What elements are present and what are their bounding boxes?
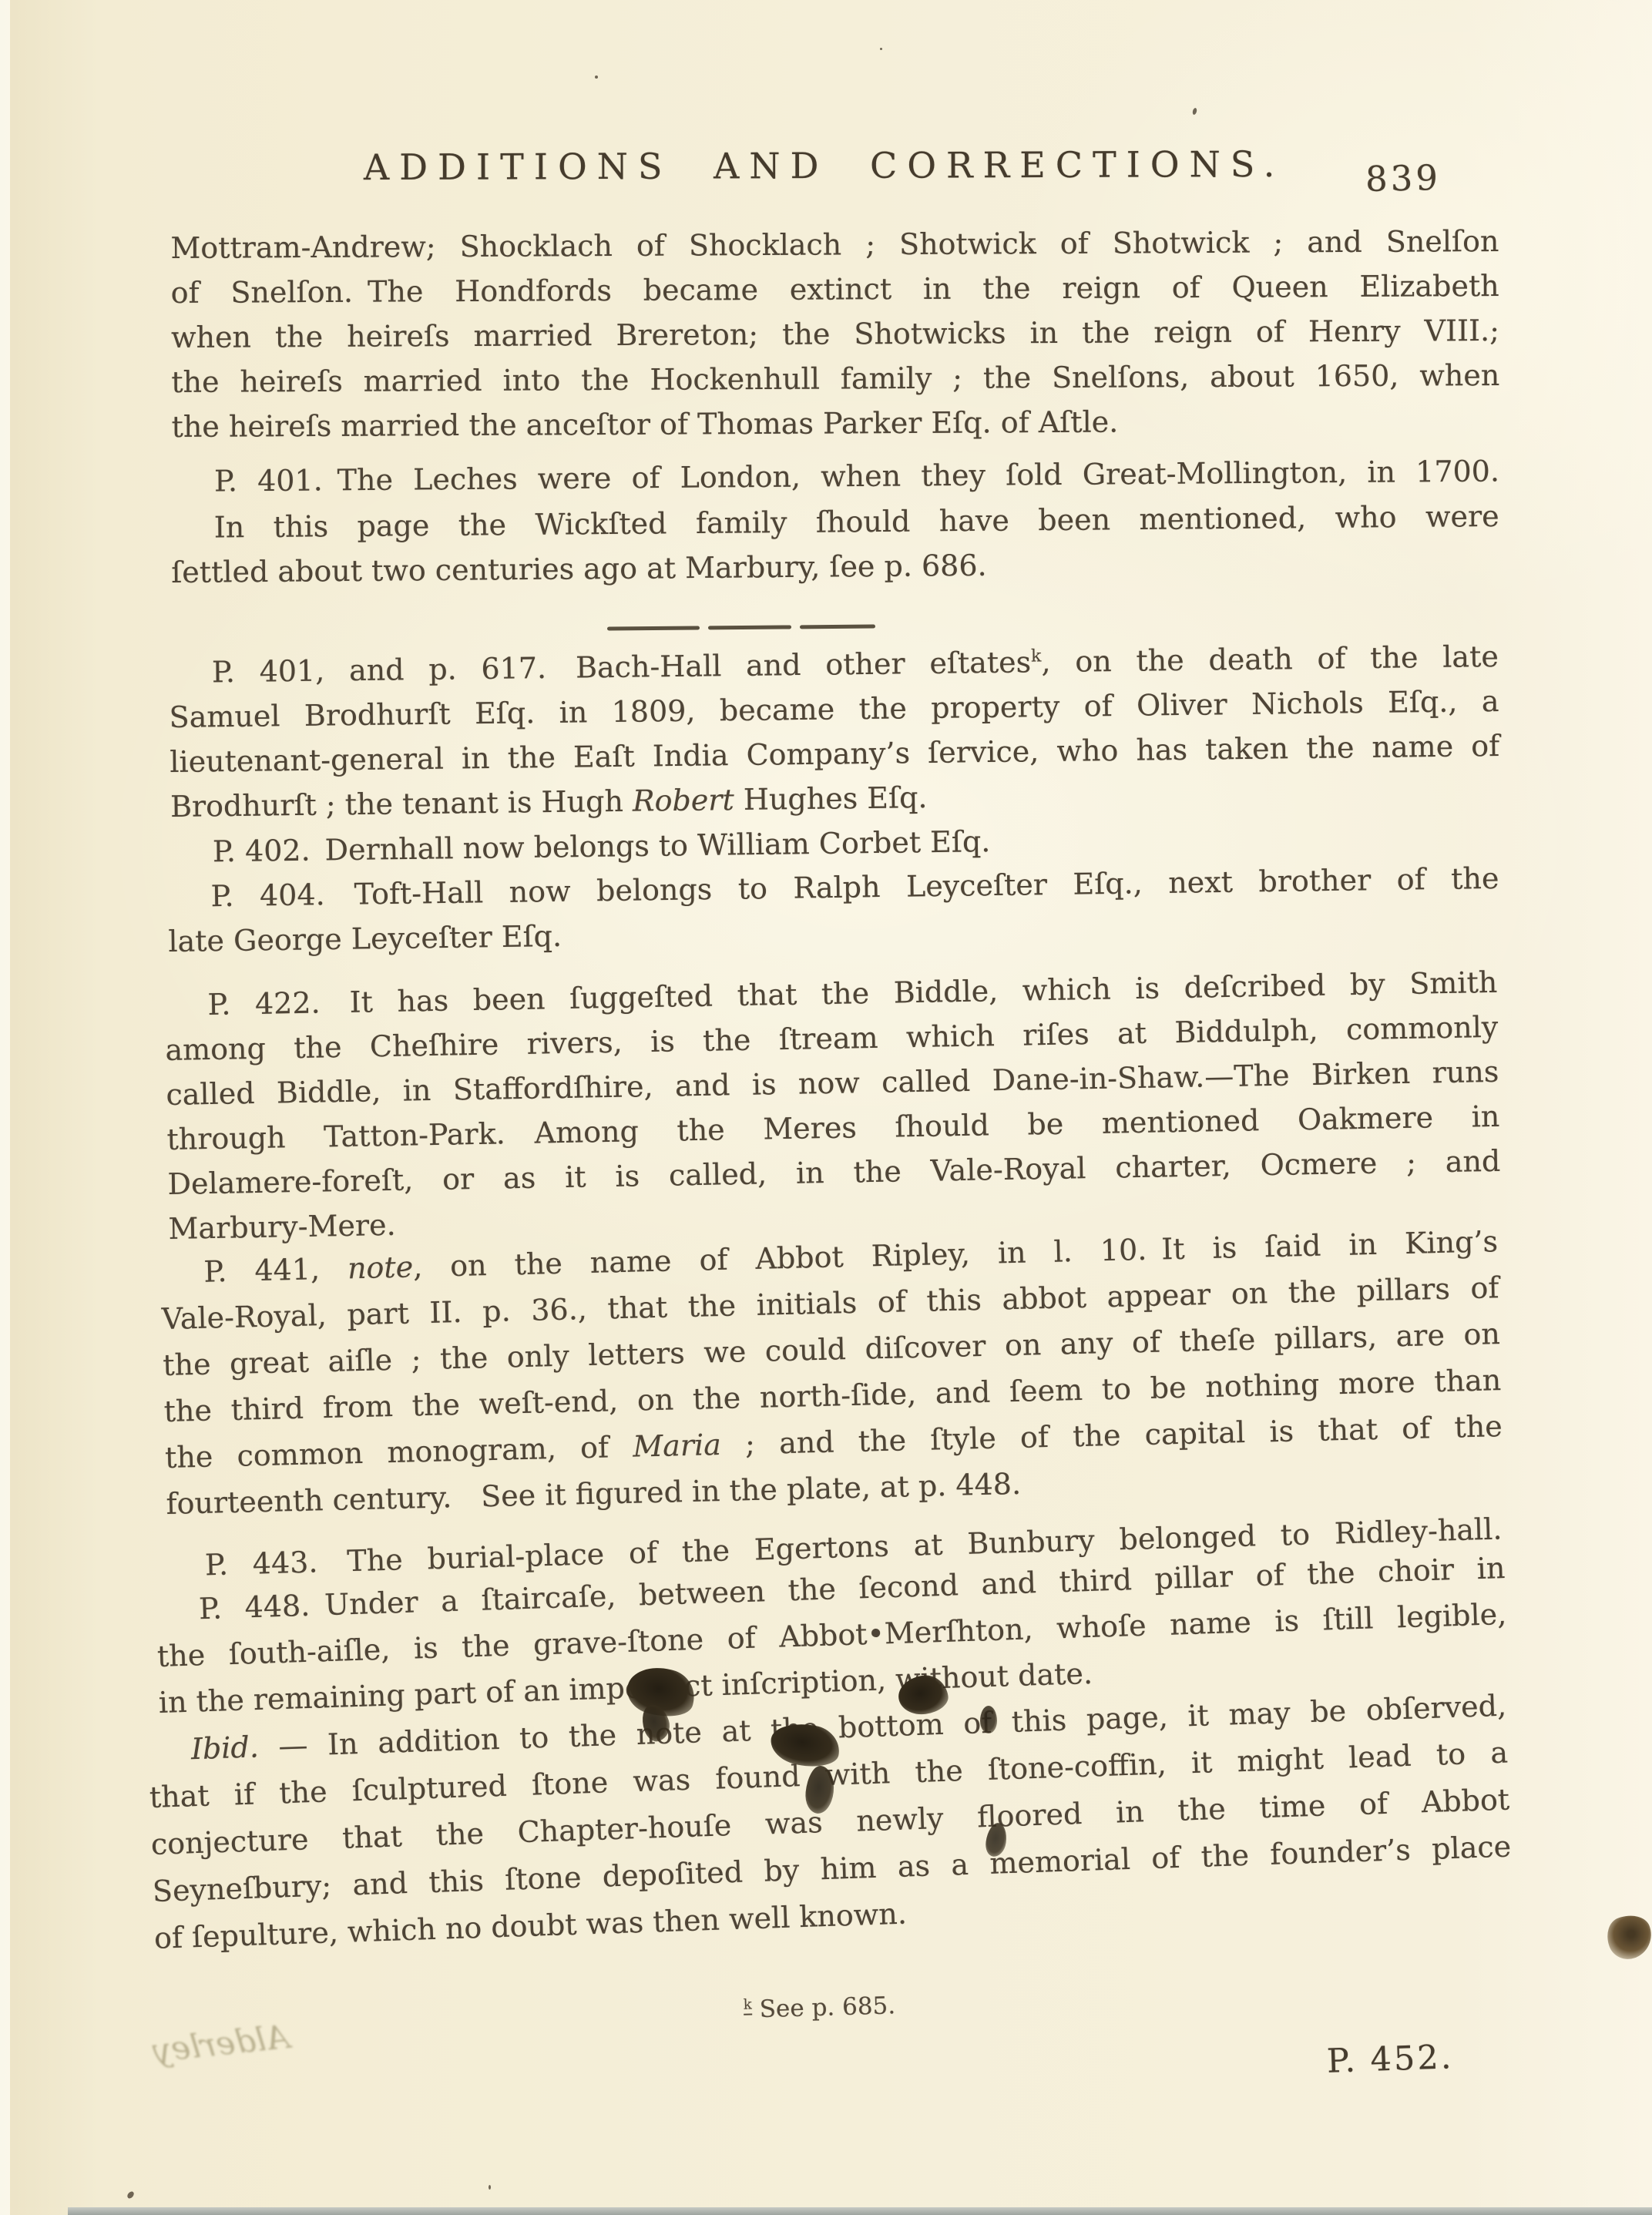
- text-line: the heireſs married into the Hockenhull …: [171, 353, 1499, 404]
- text-segment: Marbury-Mere.: [168, 1208, 396, 1246]
- text-segment: Ibid.: [190, 1730, 259, 1766]
- paper-speck: [1192, 108, 1197, 116]
- paragraph-p401b: In this page the Wickſted family ſhould …: [170, 494, 1499, 595]
- text-segment: Mottram-Andrew; Shocklach of Shocklach ;…: [170, 224, 1499, 265]
- text-line: when the heireſs married Brereton; the S…: [171, 308, 1499, 360]
- page-header-title: ADDITIONS AND CORRECTIONS.: [364, 143, 1285, 188]
- ink-blot: [980, 1706, 997, 1733]
- text-segment: note: [348, 1250, 414, 1285]
- text-segment: P. 401. The Leches were of London, when …: [214, 454, 1499, 498]
- paper-speck: [880, 48, 882, 50]
- text-segment: P. 441,: [203, 1251, 348, 1288]
- scan-bottom-edge: [68, 2207, 1652, 2215]
- paragraph-p404: P. 404. Toft-Hall now belongs to Ralph L…: [167, 856, 1499, 964]
- footnote-reference: k: [1031, 647, 1042, 666]
- text-segment: when the heireſs married Brereton; the S…: [171, 314, 1499, 354]
- footnote-text: See p. 685.: [759, 1992, 895, 2023]
- text-segment: P. 401, and p. 617. Bach-Hall and other …: [212, 645, 1032, 689]
- text-segment: Robert: [633, 783, 734, 818]
- text-segment: ſettled about two centuries ago at Marbu…: [171, 549, 987, 589]
- text-segment: Maria: [633, 1428, 722, 1464]
- page-number: 839: [1365, 157, 1441, 200]
- text-segment: the heireſs married the anceſtor of Thom…: [171, 405, 1118, 444]
- text-segment: P. 402. Dernhall now belongs to William …: [213, 824, 991, 868]
- page-left-edge: [0, 0, 10, 2215]
- text-line: Mottram-Andrew; Shocklach of Shocklach ;…: [170, 219, 1499, 270]
- text-segment: Hughes Eſq.: [734, 780, 927, 817]
- text-segment: In this page the Wickſted family ſhould …: [214, 499, 1499, 545]
- footnote-marker: k: [744, 1996, 753, 2015]
- text-segment: Brodhurſt ; the tenant is Hugh: [170, 784, 633, 824]
- ink-smudge: [1601, 1909, 1652, 1965]
- catchword: P. 452.: [1326, 2038, 1454, 2081]
- text-segment: the heireſs married into the Hockenhull …: [171, 358, 1499, 399]
- paragraph-p441: P. 441, note, on the name of Abbot Riple…: [160, 1218, 1504, 1527]
- paper-speck: [489, 2185, 491, 2190]
- footnote: k See p. 685.: [744, 1992, 896, 2023]
- text-line: the heireſs married the anceſtor of Thom…: [171, 398, 1499, 449]
- show-through-ghost-text: Alderley: [151, 2018, 291, 2069]
- text-segment: of Snelſon. The Hondfords became extinct…: [171, 269, 1499, 310]
- paper-speck: [126, 2190, 136, 2200]
- scanned-book-page: ADDITIONS AND CORRECTIONS. 839 Mottram-A…: [0, 0, 1652, 2215]
- paragraph-ibid: Ibid. — In addition to the note at the b…: [147, 1683, 1513, 1962]
- paper-speck: [595, 76, 598, 79]
- section-divider-rule: [607, 624, 875, 630]
- paragraph-p401c: P. 401, and p. 617. Bach-Hall and other …: [169, 634, 1501, 829]
- text-segment: late George Leyceſter Eſq.: [168, 919, 562, 958]
- divider-segment: [800, 624, 875, 629]
- paragraph-p422: P. 422. It has been ſuggeſted that the B…: [164, 960, 1502, 1251]
- text-segment: , on the death of the late: [1041, 639, 1499, 679]
- divider-segment: [607, 626, 700, 630]
- text-segment: the common monogram, of: [165, 1430, 633, 1475]
- divider-segment: [708, 625, 791, 629]
- paragraph-mottram: Mottram-Andrew; Shocklach of Shocklach ;…: [170, 219, 1499, 449]
- text-line: of Snelſon. The Hondfords became extinct…: [171, 263, 1499, 315]
